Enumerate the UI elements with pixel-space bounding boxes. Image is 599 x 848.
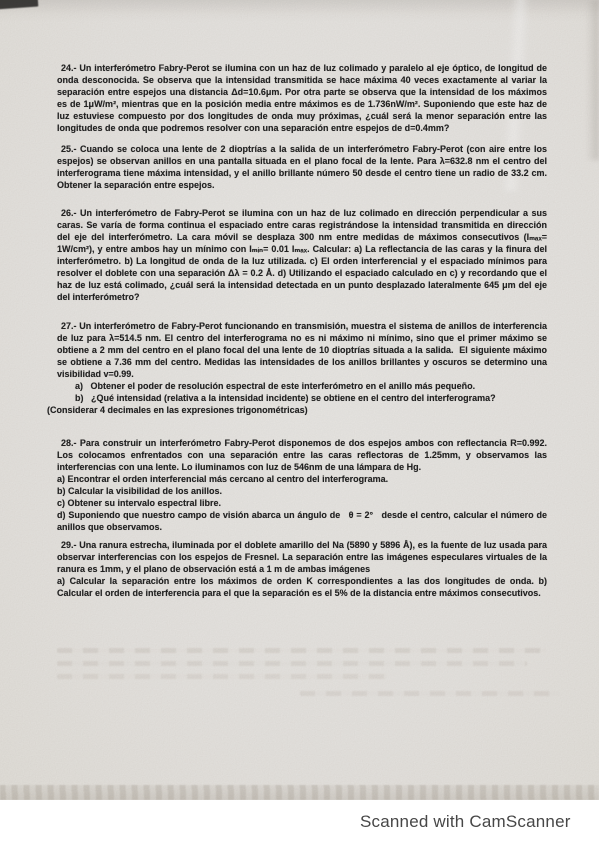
bleed-through-texture [57,674,387,679]
bleed-through-texture [57,661,527,666]
problem-28-item-b: b) Calcular la visibilidad de los anillo… [57,485,547,497]
camscanner-watermark: Scanned with CamScanner [360,812,571,832]
problem-25-text: 25.- Cuando se coloca una lente de 2 dio… [57,143,547,191]
problem-29: 29.- Una ranura estrecha, iluminada por … [57,539,547,599]
problem-27-item-b: b) ¿Qué intensidad (relativa a la intens… [57,392,547,404]
footer-band: Scanned with CamScanner [0,800,599,848]
problem-28-text: 28.- Para construir un interferómetro Fa… [57,437,547,473]
page-edge-shadow [586,0,599,160]
problem-28-item-d: d) Suponiendo que nuestro campo de visió… [57,509,547,533]
problem-25: 25.- Cuando se coloca una lente de 2 dio… [57,143,547,191]
scan-bottom-edge [0,785,599,800]
bleed-through-texture [57,648,547,653]
page-corner-mark [0,0,38,9]
screenshot-root: 24.- Un interferómetro Fabry-Perot se il… [0,0,599,848]
bleed-through-texture [70,156,280,161]
bleed-through-texture [300,691,560,696]
problem-28-item-a: a) Encontrar el orden interferencial más… [57,473,547,485]
scanned-page: 24.- Un interferómetro Fabry-Perot se il… [0,0,599,800]
problem-29-items: a) Calcular la separación entre los máxi… [57,575,547,599]
problem-27: 27.- Un interferómetro de Fabry-Perot fu… [57,320,547,416]
problem-27-note: (Considerar 4 decimales en las expresion… [47,404,547,416]
problem-29-text: 29.- Una ranura estrecha, iluminada por … [57,539,547,575]
problem-28: 28.- Para construir un interferómetro Fa… [57,437,547,533]
problem-24-text: 24.- Un interferómetro Fabry-Perot se il… [57,62,547,134]
problem-24: 24.- Un interferómetro Fabry-Perot se il… [57,62,547,134]
problems-text-block: 24.- Un interferómetro Fabry-Perot se il… [57,62,547,599]
problem-28-item-c: c) Obtener su intervalo espectral libre. [57,497,547,509]
bleed-through-texture [70,221,320,226]
problem-27-text: 27.- Un interferómetro de Fabry-Perot fu… [57,320,547,380]
problem-27-item-a: a) Obtener el poder de resolución espect… [57,380,547,392]
